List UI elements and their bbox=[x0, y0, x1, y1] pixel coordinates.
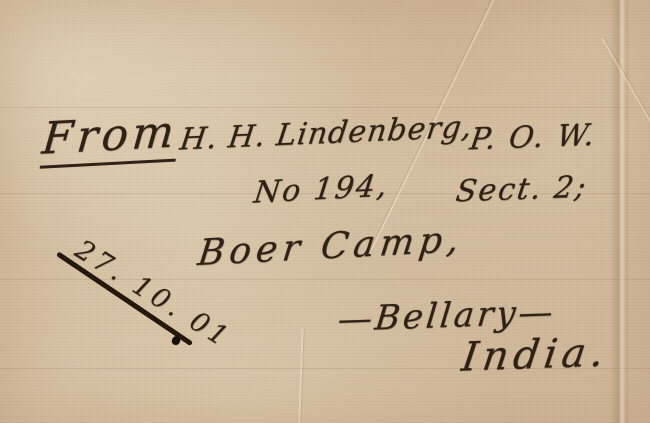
country-line: India. bbox=[459, 329, 612, 380]
ink-blot bbox=[171, 335, 182, 346]
pow-label: P. O. W. bbox=[468, 118, 599, 158]
from-label: From bbox=[40, 106, 180, 168]
vertical-crease bbox=[610, 0, 630, 423]
ruled-line bbox=[0, 107, 650, 108]
letter-paper: From H. H. Lindenberg, P. O. W. No 194, … bbox=[0, 0, 650, 423]
prisoner-number: No 194, bbox=[252, 168, 391, 210]
camp-line: Boer Camp, bbox=[196, 219, 466, 274]
fold-crease bbox=[298, 328, 303, 423]
section-number: Sect. 2; bbox=[454, 170, 590, 210]
sender-name: H. H. Lindenberg, bbox=[178, 110, 475, 158]
